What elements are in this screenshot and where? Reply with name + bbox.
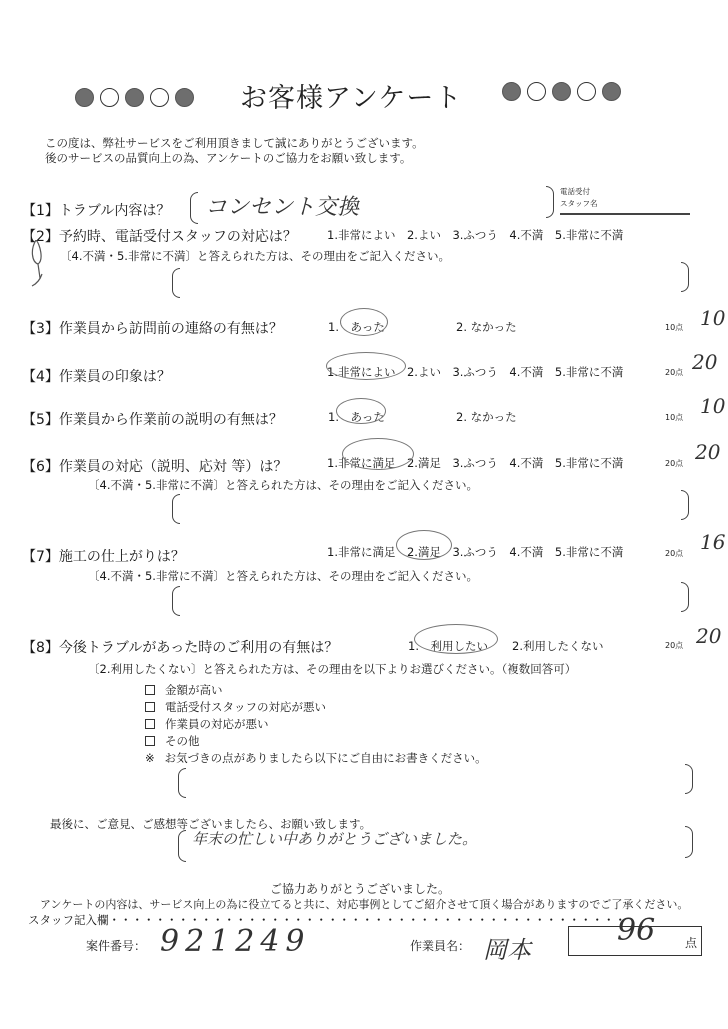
empty-dot-icon	[577, 82, 596, 101]
right-dots-decoration	[502, 82, 621, 101]
staff-section-label: スタッフ記入欄・・・・・・・・・・・・・・・・・・・・・・・・・・・・・・・・・…	[28, 912, 623, 928]
case-number-value[interactable]: 921249	[160, 924, 311, 959]
q6-reason-input[interactable]	[182, 494, 677, 524]
note-mark-icon: ※	[145, 751, 155, 765]
q2-reason-bracket-right	[681, 262, 689, 292]
q7-reason-bracket-left	[172, 586, 180, 616]
q8-free-bracket-right	[685, 764, 693, 794]
checkbox-icon[interactable]	[145, 736, 155, 746]
q4-score[interactable]: 20	[692, 350, 717, 374]
free-comment-prompt: ※お気づきの点がありましたら以下にご自由にお書きください。	[145, 749, 487, 766]
checkbox-icon[interactable]	[145, 702, 155, 712]
q5-points-label: 10点	[665, 412, 683, 423]
worker-name-label: 作業員名：	[410, 937, 470, 954]
q5-label: 【5】作業員から作業前の説明の有無は？	[22, 409, 283, 429]
checkbox-icon[interactable]	[145, 685, 155, 695]
worker-name-value[interactable]: 岡本	[483, 930, 531, 965]
q5-option-2[interactable]: 2. なかった	[456, 409, 517, 425]
q2-reason-bracket-left	[172, 268, 180, 298]
q6-score[interactable]: 20	[695, 440, 720, 464]
q7-label: 【7】施工の仕上がりは？	[22, 546, 185, 566]
filled-dot-icon	[125, 88, 144, 107]
checkbox-worker-bad[interactable]: 作業員の対応が悪い	[145, 715, 487, 732]
staff-name-label: 電話受付 スタッフ名	[560, 186, 598, 210]
q7-reason-bracket-right	[681, 582, 689, 612]
q4-label: 【4】作業員の印象は？	[22, 366, 171, 386]
q3-selected-circle	[340, 308, 388, 336]
intro-line-2: 後のサービスの品質向上の為、アンケートのご協力をお願い致します。	[45, 151, 424, 166]
total-score-value[interactable]: 96	[617, 913, 655, 948]
q1-answer[interactable]: コンセント交換	[205, 190, 359, 221]
page-title: お客様アンケート	[240, 76, 462, 115]
filled-dot-icon	[502, 82, 521, 101]
q8-checkbox-list: 金額が高い 電話受付スタッフの対応が悪い 作業員の対応が悪い その他 ※お気づき…	[145, 681, 487, 766]
case-number-label: 案件番号：	[86, 937, 146, 954]
q7-score[interactable]: 16	[700, 530, 725, 554]
q8-reason-prompt: 〔2.利用したくない〕と答えられた方は、その理由を以下よりお選びください。（複数…	[88, 661, 576, 677]
q6-reason-prompt: 〔4.不満・5.非常に不満〕と答えられた方は、その理由をご記入ください。	[88, 477, 478, 493]
q5-selected-circle	[336, 398, 386, 424]
q2-options[interactable]: 1.非常によい 2.よい 3.ふつう 4.不満 5.非常に不満	[327, 227, 623, 243]
q6-points-label: 20点	[665, 458, 683, 469]
q7-reason-input[interactable]	[182, 586, 677, 616]
q8-free-bracket-left	[178, 768, 186, 798]
q6-reason-bracket-right	[681, 490, 689, 520]
q8-selected-circle	[414, 624, 498, 654]
empty-dot-icon	[100, 88, 119, 107]
empty-dot-icon	[150, 88, 169, 107]
q4-points-label: 20点	[665, 367, 683, 378]
checkbox-other[interactable]: その他	[145, 732, 487, 749]
checkbox-price-high[interactable]: 金額が高い	[145, 681, 487, 698]
q3-points-label: 10点	[665, 322, 683, 333]
intro-text: この度は、弊社サービスをご利用頂きまして誠にありがとうございます。 後のサービス…	[45, 136, 424, 166]
final-bracket-right	[685, 826, 693, 858]
final-comment-answer[interactable]: 年末の忙しい中ありがとうございました。	[192, 828, 477, 849]
q1-bracket-right	[546, 186, 554, 218]
filled-dot-icon	[175, 88, 194, 107]
q3-label: 【3】作業員から訪問前の連絡の有無は？	[22, 318, 283, 338]
q7-options[interactable]: 1.非常に満足 2.満足 3.ふつう 4.不満 5.非常に不満	[327, 544, 623, 560]
q6-reason-bracket-left	[172, 494, 180, 524]
q1-label: 【1】トラブル内容は？	[22, 200, 170, 220]
q2-handwritten-arrow	[30, 240, 50, 290]
q3-score[interactable]: 10	[700, 306, 725, 330]
q7-reason-prompt: 〔4.不満・5.非常に不満〕と答えられた方は、その理由をご記入ください。	[88, 568, 478, 584]
q6-selected-circle	[342, 438, 414, 470]
filled-dot-icon	[75, 88, 94, 107]
q7-selected-circle	[396, 530, 452, 560]
q5-score[interactable]: 10	[700, 394, 725, 418]
checkbox-phone-staff-bad[interactable]: 電話受付スタッフの対応が悪い	[145, 698, 487, 715]
q3-option-2[interactable]: 2. なかった	[456, 319, 517, 335]
intro-line-1: この度は、弊社サービスをご利用頂きまして誠にありがとうございます。	[45, 136, 424, 151]
filled-dot-icon	[552, 82, 571, 101]
q7-points-label: 20点	[665, 548, 683, 559]
total-score-unit: 点	[685, 934, 697, 951]
left-dots-decoration	[75, 88, 194, 107]
thanks-text: ご協力ありがとうございました。	[270, 880, 450, 897]
staff-name-underline	[560, 213, 690, 215]
total-score-box: 96 点	[568, 926, 702, 956]
q2-label: 【2】予約時、電話受付スタッフの対応は？	[22, 226, 297, 246]
q8-free-comment-input[interactable]	[188, 768, 683, 798]
q1-bracket-left	[190, 192, 198, 224]
empty-dot-icon	[527, 82, 546, 101]
filled-dot-icon	[602, 82, 621, 101]
q8-score[interactable]: 20	[696, 624, 721, 648]
checkbox-icon[interactable]	[145, 719, 155, 729]
q8-points-label: 20点	[665, 640, 683, 651]
q2-reason-input[interactable]	[182, 268, 677, 298]
notice-text: アンケートの内容は、サービス向上の為に役立てると共に、対応事例としてご紹介させて…	[40, 896, 688, 912]
q8-label: 【8】今後トラブルがあった時のご利用の有無は？	[22, 637, 338, 657]
q4-selected-circle	[326, 352, 406, 380]
q6-label: 【6】作業員の対応（説明、応対 等）は？	[22, 456, 287, 476]
q2-reason-prompt: 〔4.不満・5.非常に不満〕と答えられた方は、その理由をご記入ください。	[60, 248, 450, 264]
q8-option-2[interactable]: 2.利用したくない	[512, 638, 603, 654]
final-bracket-left	[178, 830, 186, 862]
